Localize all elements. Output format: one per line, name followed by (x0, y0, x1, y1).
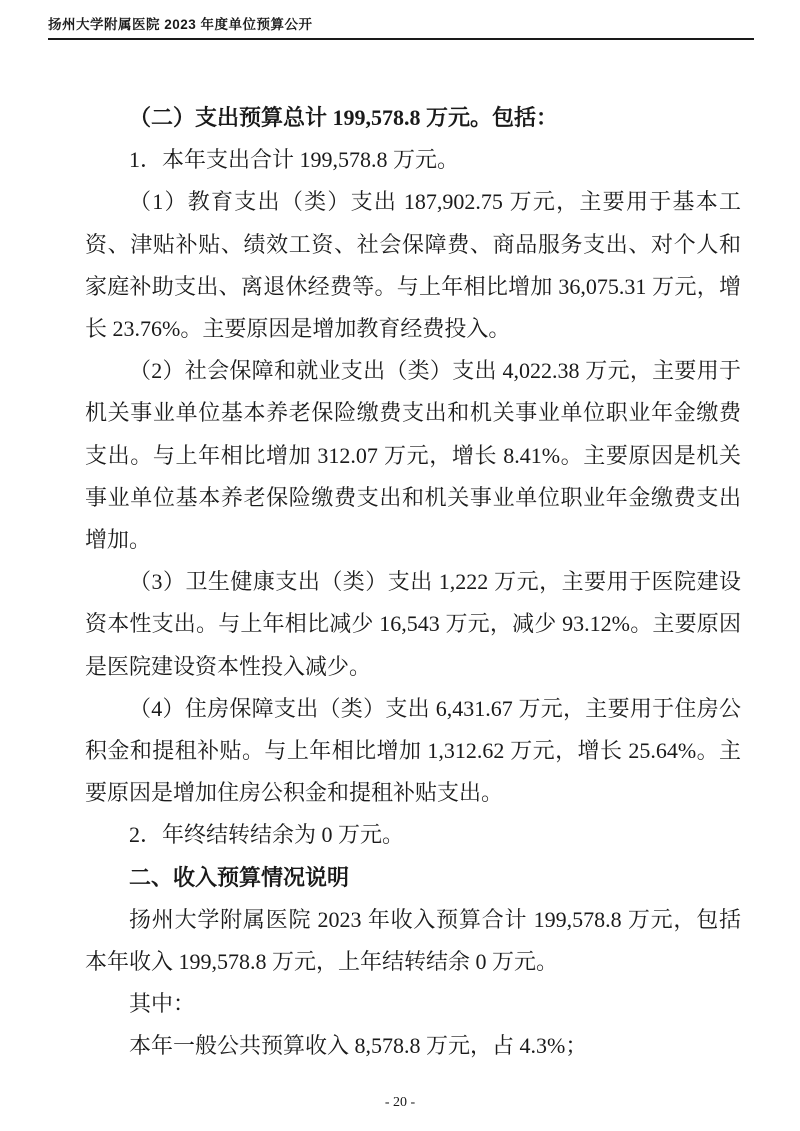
document-header-title: 扬州大学附属医院 2023 年度单位预算公开 (48, 13, 313, 33)
section-heading-income: 二、收入预算情况说明 (85, 857, 741, 899)
paragraph-year-end-balance: 2．年终结转结余为 0 万元。 (85, 814, 741, 856)
paragraph-among-which: 其中： (85, 983, 741, 1025)
paragraph-income-total: 扬州大学附属医院 2023 年收入预算合计 199,578.8 万元，包括本年收… (85, 899, 741, 983)
document-page: 扬州大学附属医院 2023 年度单位预算公开 （二）支出预算总计 199,578… (0, 0, 800, 1131)
paragraph-education-expenditure: （1）教育支出（类）支出 187,902.75 万元，主要用于基本工资、津贴补贴… (85, 181, 741, 350)
paragraph-total-expenditure: 1．本年支出合计 199,578.8 万元。 (85, 139, 741, 181)
header-divider (48, 38, 754, 40)
paragraph-social-security-expenditure: （2）社会保障和就业支出（类）支出 4,022.38 万元，主要用于机关事业单位… (85, 350, 741, 561)
paragraph-housing-expenditure: （4）住房保障支出（类）支出 6,431.67 万元，主要用于住房公积金和提租补… (85, 688, 741, 815)
section-heading-expenditure-total: （二）支出预算总计 199,578.8 万元。包括： (85, 97, 741, 139)
paragraph-health-expenditure: （3）卫生健康支出（类）支出 1,222 万元，主要用于医院建设资本性支出。与上… (85, 561, 741, 688)
paragraph-public-budget-income: 本年一般公共预算收入 8,578.8 万元，占 4.3%； (85, 1025, 741, 1067)
page-number: - 20 - (0, 1095, 800, 1111)
document-body: （二）支出预算总计 199,578.8 万元。包括： 1．本年支出合计 199,… (85, 97, 741, 1068)
